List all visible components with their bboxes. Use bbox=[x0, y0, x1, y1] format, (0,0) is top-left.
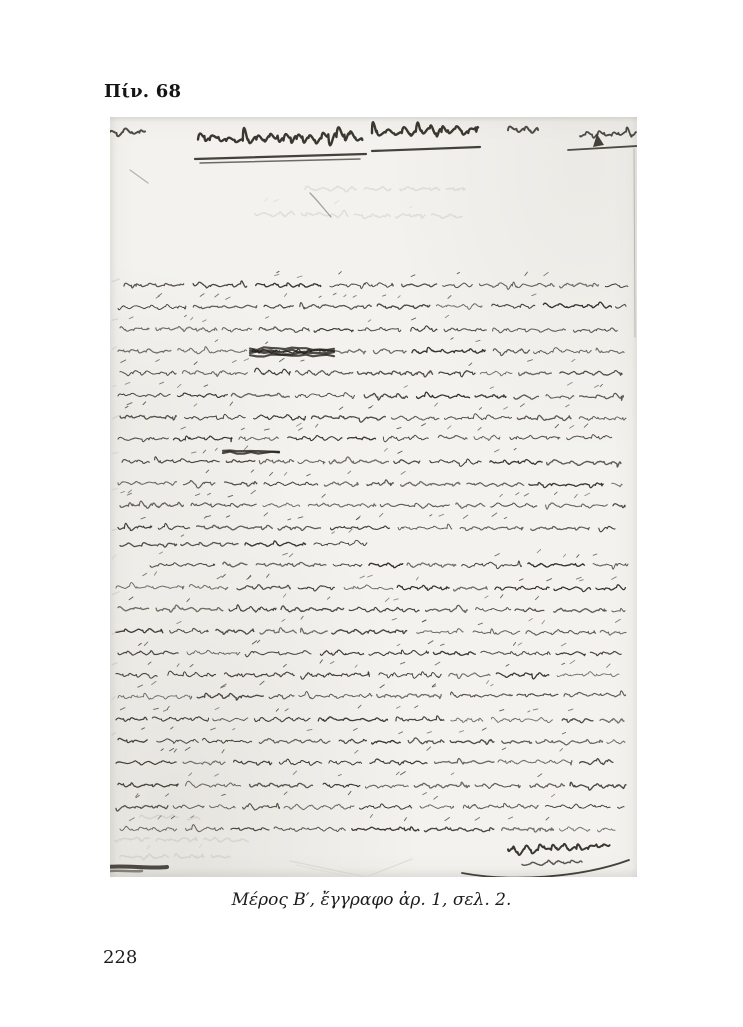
manuscript-handwriting bbox=[110, 117, 637, 877]
manuscript-scan bbox=[110, 117, 637, 877]
plate-label: Πίν. 68 bbox=[104, 81, 181, 102]
page-number: 228 bbox=[103, 947, 137, 968]
book-page: Πίν. 68 Μέρος Β′, ἔγγραφο ἀρ. 1, σελ. 2.… bbox=[0, 0, 743, 1027]
plate-caption: Μέρος Β′, ἔγγραφο ἀρ. 1, σελ. 2. bbox=[0, 890, 743, 910]
